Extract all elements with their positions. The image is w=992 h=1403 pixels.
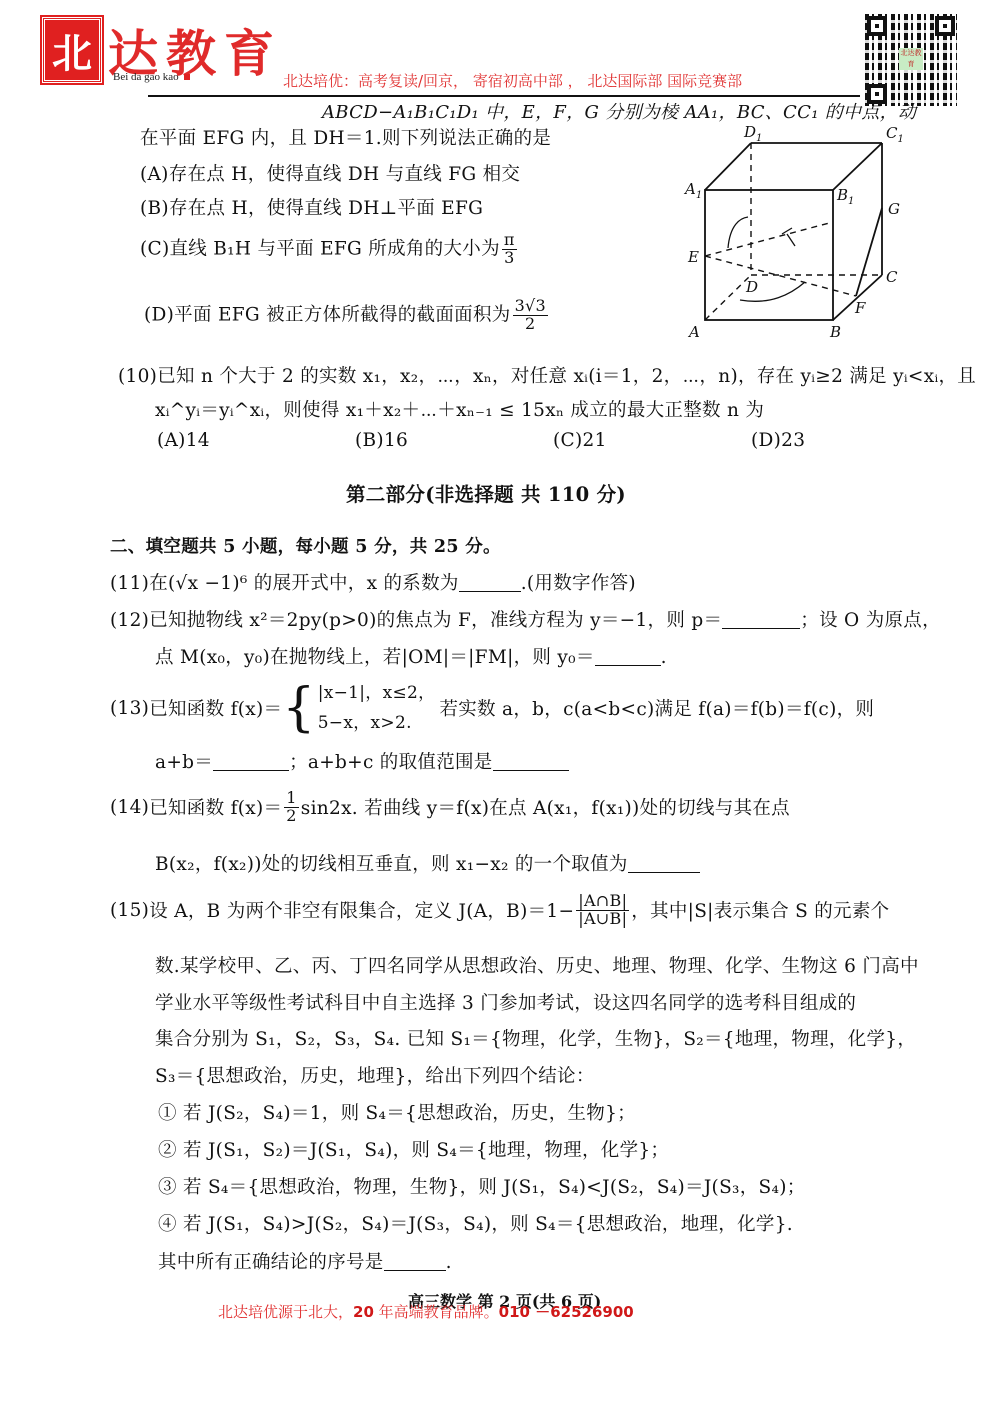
- header-banner: 北达培优：高考复读/回京， 寄宿初高中部 ， 北达国际部 国际竞赛部: [283, 70, 742, 91]
- question-number: (11): [110, 573, 149, 594]
- header-rule: [148, 95, 860, 97]
- logo-glyph: 北: [52, 22, 92, 79]
- label-f: F: [854, 299, 866, 317]
- logo-mark: 北: [42, 17, 102, 83]
- answer-blank[interactable]: [722, 610, 800, 630]
- fraction: 3√32: [513, 298, 548, 333]
- question-text: 已知函数 f(x)＝: [149, 695, 282, 721]
- q13-line1: (13)已知函数 f(x)＝ { |x−1|，x≤2， 5−x，x>2. 若实数…: [110, 678, 874, 738]
- option-label: (D): [144, 304, 174, 325]
- label-c: C: [886, 268, 898, 286]
- option-text: 直线 B₁H 与平面 EFG 所成角的大小为: [170, 238, 500, 259]
- label-g: G: [888, 200, 900, 218]
- ad-text: 年高端教育品牌。: [374, 1303, 499, 1321]
- answer-blank[interactable]: [459, 573, 521, 593]
- question-number: (12): [110, 610, 149, 631]
- q15-conclusion-3: ③ 若 S₄＝{思想政治，物理，生物}，则 J(S₁，S₄)<J(S₂，S₄)＝…: [158, 1173, 806, 1199]
- case: |x−1|，x≤2，: [318, 678, 436, 708]
- question-text: .: [446, 1252, 452, 1273]
- q15-line1: (15)设 A，B 为两个非空有限集合，定义 J(A，B)＝1−|A∩B||A∪…: [110, 893, 889, 928]
- label-b1: B1: [836, 186, 854, 207]
- q15-conclusion-1: ① 若 J(S₂，S₄)＝1，则 S₄＝{思想政治，历史，生物}；: [158, 1099, 636, 1125]
- question-text: a+b＝: [155, 752, 213, 773]
- q9-line2: 在平面 EFG 内，且 DH＝1.则下列说法正确的是: [140, 124, 551, 150]
- option-label: (C): [553, 430, 583, 451]
- question-text: ；a+b+c 的取值范围是: [289, 752, 493, 773]
- denominator: 2: [525, 316, 535, 333]
- question-text: 在(√x −1)⁶ 的展开式中，x 的系数为: [149, 573, 459, 594]
- fraction: |A∩B||A∪B|: [576, 893, 629, 928]
- answer-blank[interactable]: [595, 647, 661, 667]
- option-value: 21: [583, 430, 607, 451]
- footer-ad: 北达培优源于北大，20 年高端教育品牌。010 －62526900: [218, 1301, 634, 1322]
- ad-phone: 010 －62526900: [499, 1303, 634, 1321]
- question-number: (10): [118, 366, 157, 387]
- question-text: sin2x. 若曲线 y＝f(x)在点 A(x₁，f(x₁))处的切线与其在点: [301, 794, 790, 820]
- label-a: A: [687, 323, 700, 341]
- q9-option-b: (B)存在点 H，使得直线 DH⊥平面 EFG: [140, 194, 483, 220]
- question-text: .: [661, 647, 667, 668]
- label-b: B: [829, 323, 841, 341]
- label-a1: A1: [683, 180, 702, 201]
- q13-line2: a+b＝；a+b+c 的取值范围是: [155, 748, 569, 774]
- option-label: (A): [157, 430, 186, 451]
- question-number: (15): [110, 900, 149, 921]
- cases: |x−1|，x≤2， 5−x，x>2.: [318, 678, 436, 738]
- red-square-icon: [184, 74, 190, 80]
- q15-line2: 数.某学校甲、乙、丙、丁四名同学从思想政治、历史、地理、物理、化学、生物这 6 …: [155, 952, 919, 978]
- option-text: 存在点 H，使得直线 DH 与直线 FG 相交: [169, 164, 521, 185]
- q15-line4: 集合分别为 S₁，S₂，S₃，S₄. 已知 S₁＝{物理，化学，生物}，S₂＝{…: [155, 1025, 916, 1051]
- qr-code-icon: 北达教育: [865, 14, 957, 106]
- ad-years: 20: [353, 1303, 374, 1321]
- fraction: π3: [502, 232, 517, 267]
- label-d: D: [745, 278, 758, 296]
- brace: {: [282, 682, 315, 734]
- ad-text: 北达培优源于北大，: [218, 1303, 353, 1321]
- q9-option-d: (D)平面 EFG 被正方体所截得的截面面积为3√32: [144, 298, 550, 333]
- q10-option-c: (C)21: [553, 430, 607, 451]
- option-value: 14: [186, 430, 210, 451]
- question-text: 其中所有正确结论的序号是: [158, 1252, 384, 1273]
- option-label: (B): [140, 198, 169, 219]
- answer-blank[interactable]: [213, 752, 289, 772]
- question-text: ，其中|S|表示集合 S 的元素个: [631, 897, 889, 923]
- q9-option-c: (C)直线 B₁H 与平面 EFG 所成角的大小为π3: [140, 232, 519, 267]
- option-label: (D): [751, 430, 781, 451]
- q10-option-d: (D)23: [751, 430, 805, 451]
- fraction: 12: [284, 790, 298, 825]
- option-text: 存在点 H，使得直线 DH⊥平面 EFG: [169, 198, 483, 219]
- section-heading: 二、填空题共 5 小题，每小题 5 分，共 25 分。: [110, 533, 501, 558]
- q12-line2: 点 M(x₀，y₀)在抛物线上，若|OM|＝|FM|，则 y₀＝.: [155, 643, 667, 669]
- option-value: 16: [384, 430, 408, 451]
- option-text: 平面 EFG 被正方体所截得的截面面积为: [174, 304, 510, 325]
- answer-blank[interactable]: [384, 1252, 446, 1272]
- answer-blank[interactable]: [493, 752, 569, 772]
- qr-finder: [867, 16, 887, 36]
- logo-subtitle: Bei da gao kao: [113, 71, 190, 83]
- q14-line2: B(x₂，f(x₂))处的切线相互垂直，则 x₁−x₂ 的一个取值为: [155, 850, 700, 876]
- cube-figure: D1 C1 A1 B1 G E C D F A B: [660, 110, 920, 360]
- qr-finder: [935, 16, 955, 36]
- q15-conclusion-4: ④ 若 J(S₁，S₄)>J(S₂，S₄)＝J(S₃，S₄)，则 S₄＝{思想政…: [158, 1210, 793, 1236]
- q11: (11)在(√x −1)⁶ 的展开式中，x 的系数为.(用数字作答): [110, 569, 636, 595]
- q12-line1: (12)已知抛物线 x²＝2py(p>0)的焦点为 F，准线方程为 y＝−1，则…: [110, 606, 941, 632]
- question-text: 若实数 a，b，c(a<b<c)满足 f(a)＝f(b)＝f(c)，则: [439, 695, 874, 721]
- question-text: 已知抛物线 x²＝2py(p>0)的焦点为 F，准线方程为 y＝−1，则 p＝: [149, 610, 722, 631]
- question-text: B(x₂，f(x₂))处的切线相互垂直，则 x₁−x₂ 的一个取值为: [155, 854, 628, 875]
- question-text: 点 M(x₀，y₀)在抛物线上，若|OM|＝|FM|，则 y₀＝: [155, 647, 595, 668]
- question-number: (13): [110, 698, 149, 719]
- qr-center-logo: 北达教育: [899, 48, 923, 70]
- denominator: |A∪B|: [578, 911, 627, 928]
- part2-title: 第二部分(非选择题 共 110 分): [346, 479, 626, 507]
- question-text: 已知 n 个大于 2 的实数 x₁，x₂，⋯，xₙ，对任意 xᵢ(i＝1，2，⋯…: [157, 366, 976, 387]
- q15-line5: S₃＝{思想政治，历史，地理}，给出下列四个结论：: [155, 1062, 595, 1088]
- question-text: 已知函数 f(x)＝: [149, 794, 282, 820]
- question-number: (14): [110, 797, 149, 818]
- option-label: (B): [355, 430, 384, 451]
- q9-option-a: (A)存在点 H，使得直线 DH 与直线 FG 相交: [140, 160, 520, 186]
- case: 5−x，x>2.: [318, 708, 436, 738]
- label-c1: C1: [886, 124, 904, 145]
- q10-line1: (10)已知 n 个大于 2 的实数 x₁，x₂，⋯，xₙ，对任意 xᵢ(i＝1…: [118, 362, 976, 388]
- label-e: E: [687, 248, 699, 266]
- q10-option-b: (B)16: [355, 430, 408, 451]
- denominator: 3: [504, 250, 514, 267]
- q14-line1: (14)已知函数 f(x)＝12sin2x. 若曲线 y＝f(x)在点 A(x₁…: [110, 790, 790, 825]
- piecewise: { |x−1|，x≤2， 5−x，x>2.: [282, 678, 435, 738]
- question-text: .(用数字作答): [521, 573, 636, 594]
- option-value: 23: [781, 430, 805, 451]
- q10-option-a: (A)14: [157, 430, 210, 451]
- q10-line2: xᵢ^yᵢ＝yᵢ^xᵢ，则使得 x₁＋x₂＋⋯＋xₙ₋₁ ≤ 15xₙ 成立的最…: [155, 396, 764, 422]
- label-d1: D1: [743, 123, 762, 144]
- answer-blank[interactable]: [628, 854, 700, 874]
- q15-conclusion-2: ② 若 J(S₁，S₂)＝J(S₁，S₄)，则 S₄＝{地理，物理，化学}；: [158, 1136, 669, 1162]
- denominator: 2: [286, 808, 296, 825]
- option-label: (C): [140, 238, 170, 259]
- logo-subtitle-text: Bei da gao kao: [113, 71, 179, 83]
- q15-line3: 学业水平等级性考试科目中自主选择 3 门参加考试，设这四名同学的选考科目组成的: [155, 989, 856, 1015]
- question-text: 设 A，B 为两个非空有限集合，定义 J(A，B)＝1−: [149, 897, 574, 923]
- option-label: (A): [140, 164, 169, 185]
- q15-closing: 其中所有正确结论的序号是.: [158, 1248, 452, 1274]
- question-text: ；设 O 为原点，: [800, 610, 941, 631]
